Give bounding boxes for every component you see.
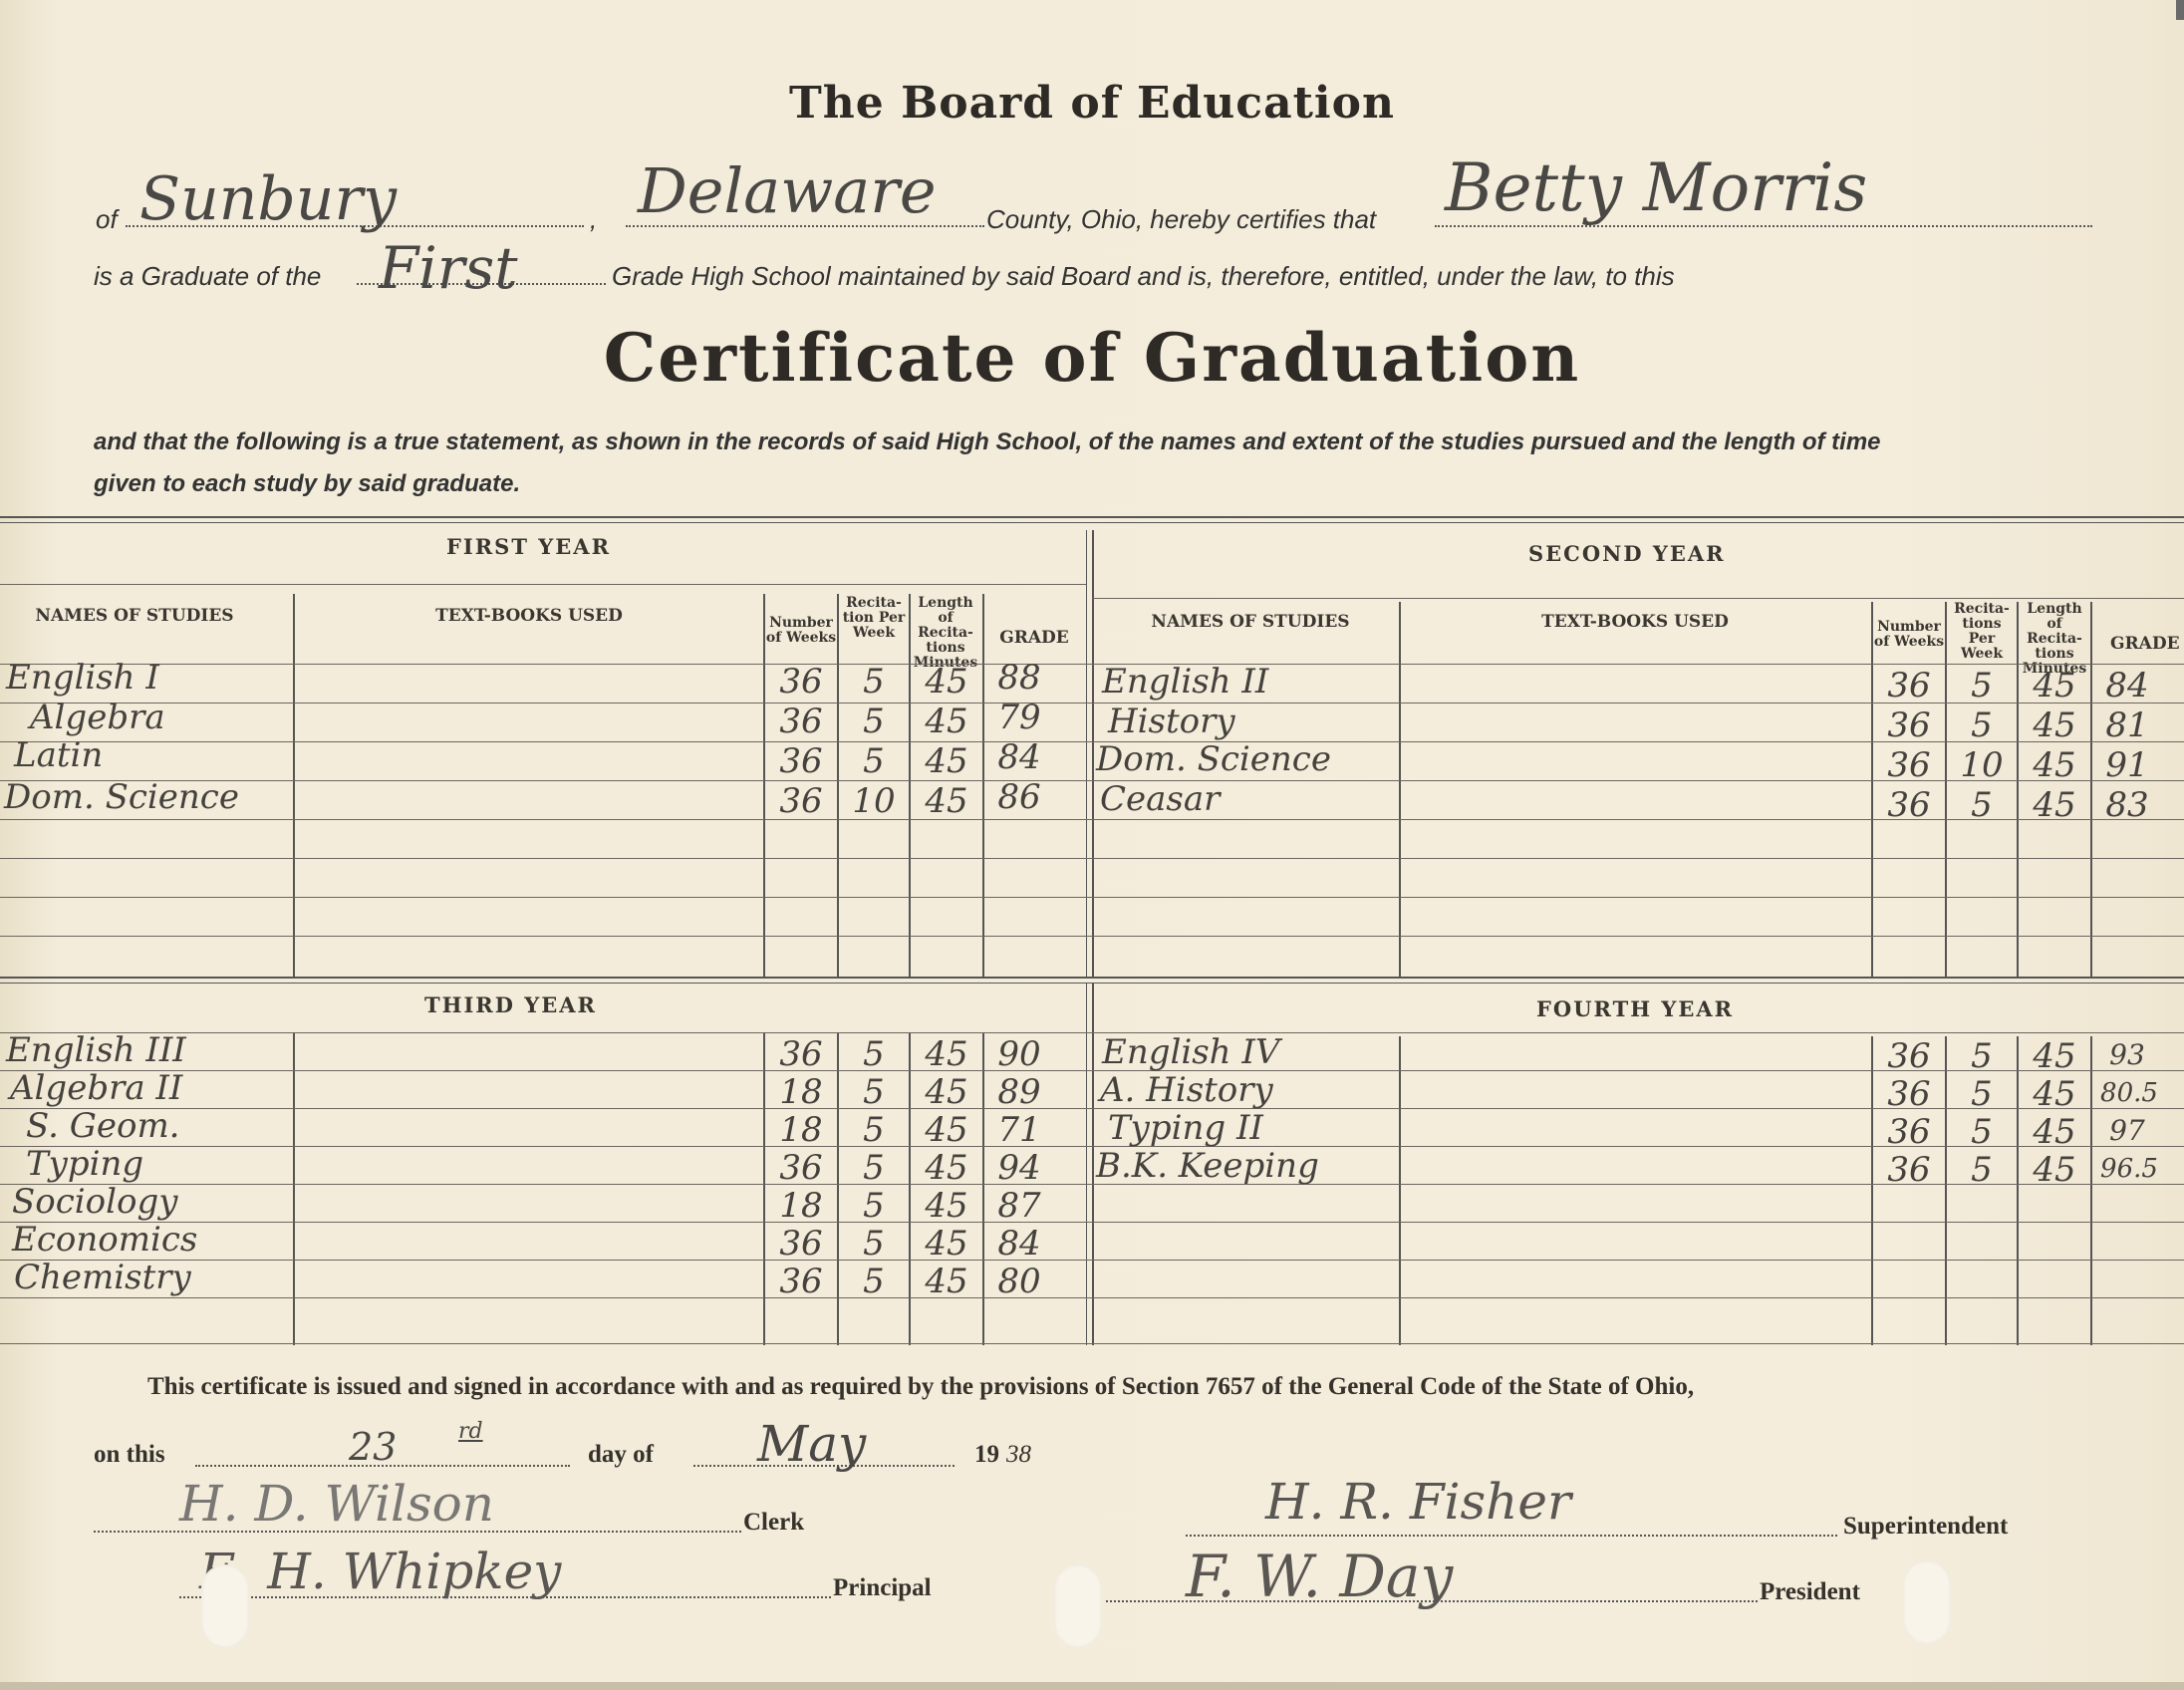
study-name: Algebra bbox=[30, 698, 165, 737]
grade-value: 94 bbox=[984, 1148, 1054, 1188]
weeks-value: 36 bbox=[765, 662, 837, 702]
weeks-value: 18 bbox=[765, 1110, 837, 1150]
grade-value: 96.5 bbox=[2092, 1154, 2166, 1184]
grade-value: 89 bbox=[984, 1072, 1054, 1112]
superintendent-signature-line bbox=[1186, 1535, 1837, 1537]
row-rule bbox=[0, 1108, 2184, 1109]
fourth-year-title: FOURTH YEAR bbox=[1536, 996, 1734, 1021]
weeks-value: 18 bbox=[765, 1186, 837, 1226]
minutes-value: 45 bbox=[911, 781, 982, 821]
minutes-value: 45 bbox=[911, 1072, 982, 1112]
study-name: Typing bbox=[26, 1144, 143, 1184]
superintendent-title: Superintendent bbox=[1843, 1513, 2008, 1541]
weeks-value: 36 bbox=[765, 1262, 837, 1301]
study-name: Chemistry bbox=[14, 1258, 191, 1297]
row-rule bbox=[0, 1146, 2184, 1147]
weeks-value: 36 bbox=[1873, 1036, 1945, 1076]
grade-value: 81 bbox=[2092, 705, 2162, 745]
grade-value: 84 bbox=[984, 1224, 1054, 1264]
weeks-value: 18 bbox=[765, 1072, 837, 1112]
per-week-value: 5 bbox=[1947, 1074, 2017, 1114]
graduate-suffix: Grade High School maintained by said Boa… bbox=[612, 261, 1675, 292]
grade-value: 88 bbox=[984, 658, 1054, 698]
col-grade-2: GRADE bbox=[2110, 636, 2184, 652]
grade-value: 80.5 bbox=[2092, 1078, 2166, 1108]
per-week-value: 5 bbox=[1947, 785, 2017, 825]
per-week-value: 5 bbox=[839, 741, 909, 781]
day-suffix: rd bbox=[458, 1419, 483, 1444]
day-value: 23 bbox=[349, 1425, 397, 1469]
weeks-value: 36 bbox=[1873, 745, 1945, 785]
lower-table-bottom-rule bbox=[0, 1343, 2184, 1344]
president-signature: F. W. Day bbox=[1186, 1543, 1453, 1610]
year-divider-lower bbox=[1092, 983, 1094, 1345]
year-prefix: 19 bbox=[974, 1441, 999, 1469]
weeks-value: 36 bbox=[765, 1224, 837, 1264]
col-textbooks-2: TEXT-BOOKS USED bbox=[1401, 614, 1869, 630]
study-name: English I bbox=[6, 658, 159, 698]
study-name: B.K. Keeping bbox=[1096, 1146, 1319, 1186]
weeks-value: 36 bbox=[1873, 705, 1945, 745]
per-week-value: 5 bbox=[839, 1034, 909, 1074]
weeks-value: 36 bbox=[1873, 785, 1945, 825]
first-year-title: FIRST YEAR bbox=[446, 534, 611, 559]
minutes-value: 45 bbox=[911, 1148, 982, 1188]
board-title: The Board of Education bbox=[0, 78, 2184, 129]
clerk-signature: H. D. Wilson bbox=[179, 1475, 494, 1533]
row-rule bbox=[0, 858, 2184, 859]
row-rule bbox=[0, 664, 2184, 665]
grade-value: 93 bbox=[2092, 1038, 2162, 1071]
weeks-value: 36 bbox=[765, 781, 837, 821]
weeks-value: 36 bbox=[1873, 666, 1945, 705]
study-name: Latin bbox=[14, 735, 103, 775]
scan-edge-bottom bbox=[0, 1682, 2184, 1690]
graduate-prefix: is a Graduate of the bbox=[94, 261, 321, 292]
minutes-value: 45 bbox=[2019, 785, 2090, 825]
study-name: S. Geom. bbox=[26, 1106, 180, 1146]
row-rule bbox=[0, 936, 2184, 937]
row-rule bbox=[0, 741, 2184, 742]
punch-hole bbox=[1054, 1564, 1102, 1648]
col-minutes: Length of Recita- tions Minutes bbox=[911, 596, 980, 671]
of-label: of bbox=[96, 204, 118, 235]
statement-line-2: given to each study by said graduate. bbox=[94, 470, 520, 498]
header-rule-right bbox=[1092, 598, 2184, 599]
grade-value: 79 bbox=[984, 698, 1054, 737]
per-week-value: 5 bbox=[1947, 1150, 2017, 1190]
study-name: History bbox=[1108, 702, 1235, 741]
col-grade: GRADE bbox=[984, 630, 1084, 646]
study-name: Dom. Science bbox=[1096, 739, 1331, 779]
col-textbooks: TEXT-BOOKS USED bbox=[295, 608, 763, 624]
weeks-value: 36 bbox=[765, 702, 837, 741]
superintendent-signature: H. R. Fisher bbox=[1265, 1473, 1571, 1531]
minutes-value: 45 bbox=[911, 702, 982, 741]
president-title: President bbox=[1760, 1578, 1860, 1606]
weeks-value: 36 bbox=[1873, 1112, 1945, 1152]
year-divider-thin bbox=[1086, 530, 1087, 977]
study-name: English III bbox=[6, 1030, 186, 1070]
grade-value: 84 bbox=[2092, 666, 2162, 705]
row-rule bbox=[0, 780, 2184, 781]
weeks-value: 36 bbox=[765, 1148, 837, 1188]
scan-edge bbox=[2176, 0, 2184, 20]
weeks-value: 36 bbox=[1873, 1150, 1945, 1190]
per-week-value: 10 bbox=[1947, 745, 2017, 785]
per-week-value: 5 bbox=[839, 1148, 909, 1188]
study-name: Typing II bbox=[1108, 1108, 1263, 1148]
v-rule bbox=[293, 594, 295, 977]
upper-table-bottom-rule bbox=[0, 977, 2184, 979]
minutes-value: 45 bbox=[911, 1224, 982, 1264]
row-rule bbox=[0, 1222, 2184, 1223]
minutes-value: 45 bbox=[2019, 1074, 2090, 1114]
statute-text: This certificate is issued and signed in… bbox=[147, 1373, 1694, 1401]
comma: , bbox=[590, 204, 597, 235]
minutes-value: 45 bbox=[911, 1034, 982, 1074]
study-name: Economics bbox=[12, 1220, 197, 1260]
row-rule bbox=[0, 1032, 2184, 1033]
row-rule bbox=[0, 1260, 2184, 1261]
clerk-title: Clerk bbox=[743, 1509, 804, 1537]
row-rule bbox=[0, 897, 2184, 898]
study-name: Sociology bbox=[12, 1182, 177, 1222]
weeks-value: 36 bbox=[765, 1034, 837, 1074]
principal-signature: E. H. Whipkey bbox=[199, 1543, 561, 1600]
col-weeks-2: Number of Weeks bbox=[1873, 620, 1945, 650]
minutes-value: 45 bbox=[911, 1186, 982, 1226]
third-year-title: THIRD YEAR bbox=[424, 992, 597, 1017]
principal-title: Principal bbox=[833, 1574, 932, 1602]
study-name: Algebra II bbox=[10, 1068, 182, 1108]
punch-hole bbox=[1903, 1560, 1951, 1644]
row-rule bbox=[0, 1297, 2184, 1298]
col-names-of-studies-2: NAMES OF STUDIES bbox=[1106, 614, 1395, 630]
town-value: Sunbury bbox=[139, 164, 397, 234]
per-week-value: 5 bbox=[839, 1224, 909, 1264]
per-week-value: 5 bbox=[1947, 1036, 2017, 1076]
study-name: Ceasar bbox=[1100, 779, 1220, 819]
minutes-value: 45 bbox=[911, 662, 982, 702]
grade-value: 86 bbox=[984, 777, 1054, 817]
per-week-value: 5 bbox=[839, 1262, 909, 1301]
per-week-value: 5 bbox=[839, 702, 909, 741]
weeks-value: 36 bbox=[765, 741, 837, 781]
per-week-value: 5 bbox=[1947, 1112, 2017, 1152]
row-rule bbox=[0, 819, 2184, 820]
row-rule bbox=[0, 703, 2184, 704]
minutes-value: 45 bbox=[2019, 745, 2090, 785]
minutes-value: 45 bbox=[2019, 705, 2090, 745]
grade-value: 90 bbox=[984, 1034, 1054, 1074]
col-per-week: Recita- tion Per Week bbox=[839, 596, 909, 641]
on-this-label: on this bbox=[94, 1441, 165, 1469]
certificate-title: Certificate of Graduation bbox=[0, 319, 2184, 397]
study-name: English II bbox=[1102, 662, 1268, 702]
per-week-value: 5 bbox=[839, 1072, 909, 1112]
county-label: County, Ohio, hereby certifies that bbox=[986, 204, 1376, 235]
per-week-value: 5 bbox=[839, 1110, 909, 1150]
grade-value: 91 bbox=[2092, 745, 2162, 785]
header-rule-left bbox=[0, 584, 1086, 585]
per-week-value: 5 bbox=[1947, 666, 2017, 705]
grade-value: 83 bbox=[2092, 785, 2162, 825]
grade-value: 87 bbox=[984, 1186, 1054, 1226]
v-rule bbox=[1399, 602, 1401, 977]
weeks-value: 36 bbox=[1873, 1074, 1945, 1114]
col-per-week-2: Recita- tions Per Week bbox=[1947, 602, 2017, 662]
per-week-value: 5 bbox=[839, 1186, 909, 1226]
minutes-value: 45 bbox=[911, 1262, 982, 1301]
grade-value: 71 bbox=[984, 1110, 1054, 1150]
minutes-value: 45 bbox=[911, 741, 982, 781]
minutes-value: 45 bbox=[2019, 666, 2090, 705]
grade-value: 84 bbox=[984, 737, 1054, 777]
minutes-value: 45 bbox=[2019, 1036, 2090, 1076]
month-value: May bbox=[757, 1415, 866, 1473]
per-week-value: 5 bbox=[839, 662, 909, 702]
year-value: 38 bbox=[1006, 1441, 1031, 1469]
day-of-label: day of bbox=[588, 1441, 654, 1469]
row-rule bbox=[0, 1184, 2184, 1185]
county-value: Delaware bbox=[638, 154, 937, 227]
v-rule bbox=[1399, 1036, 1401, 1345]
col-names-of-studies: NAMES OF STUDIES bbox=[20, 608, 249, 624]
grade-value: 80 bbox=[984, 1262, 1054, 1301]
year-divider-lower-thin bbox=[1086, 983, 1087, 1345]
study-name: Dom. Science bbox=[4, 777, 239, 817]
minutes-value: 45 bbox=[2019, 1112, 2090, 1152]
statement-line-1: and that the following is a true stateme… bbox=[94, 428, 1881, 456]
col-weeks: Number of Weeks bbox=[765, 616, 837, 646]
study-name: English IV bbox=[1102, 1032, 1279, 1072]
per-week-value: 5 bbox=[1947, 705, 2017, 745]
study-name: A. History bbox=[1100, 1070, 1273, 1110]
school-grade: First bbox=[379, 234, 518, 302]
minutes-value: 45 bbox=[911, 1110, 982, 1150]
row-rule bbox=[0, 1070, 2184, 1071]
graduate-name: Betty Morris bbox=[1445, 149, 1867, 226]
grade-value: 97 bbox=[2092, 1114, 2162, 1147]
table-top-rule-thin bbox=[0, 522, 2184, 523]
per-week-value: 10 bbox=[839, 781, 909, 821]
second-year-title: SECOND YEAR bbox=[1528, 541, 1726, 566]
minutes-value: 45 bbox=[2019, 1150, 2090, 1190]
table-top-rule bbox=[0, 516, 2184, 518]
punch-hole bbox=[201, 1564, 249, 1648]
